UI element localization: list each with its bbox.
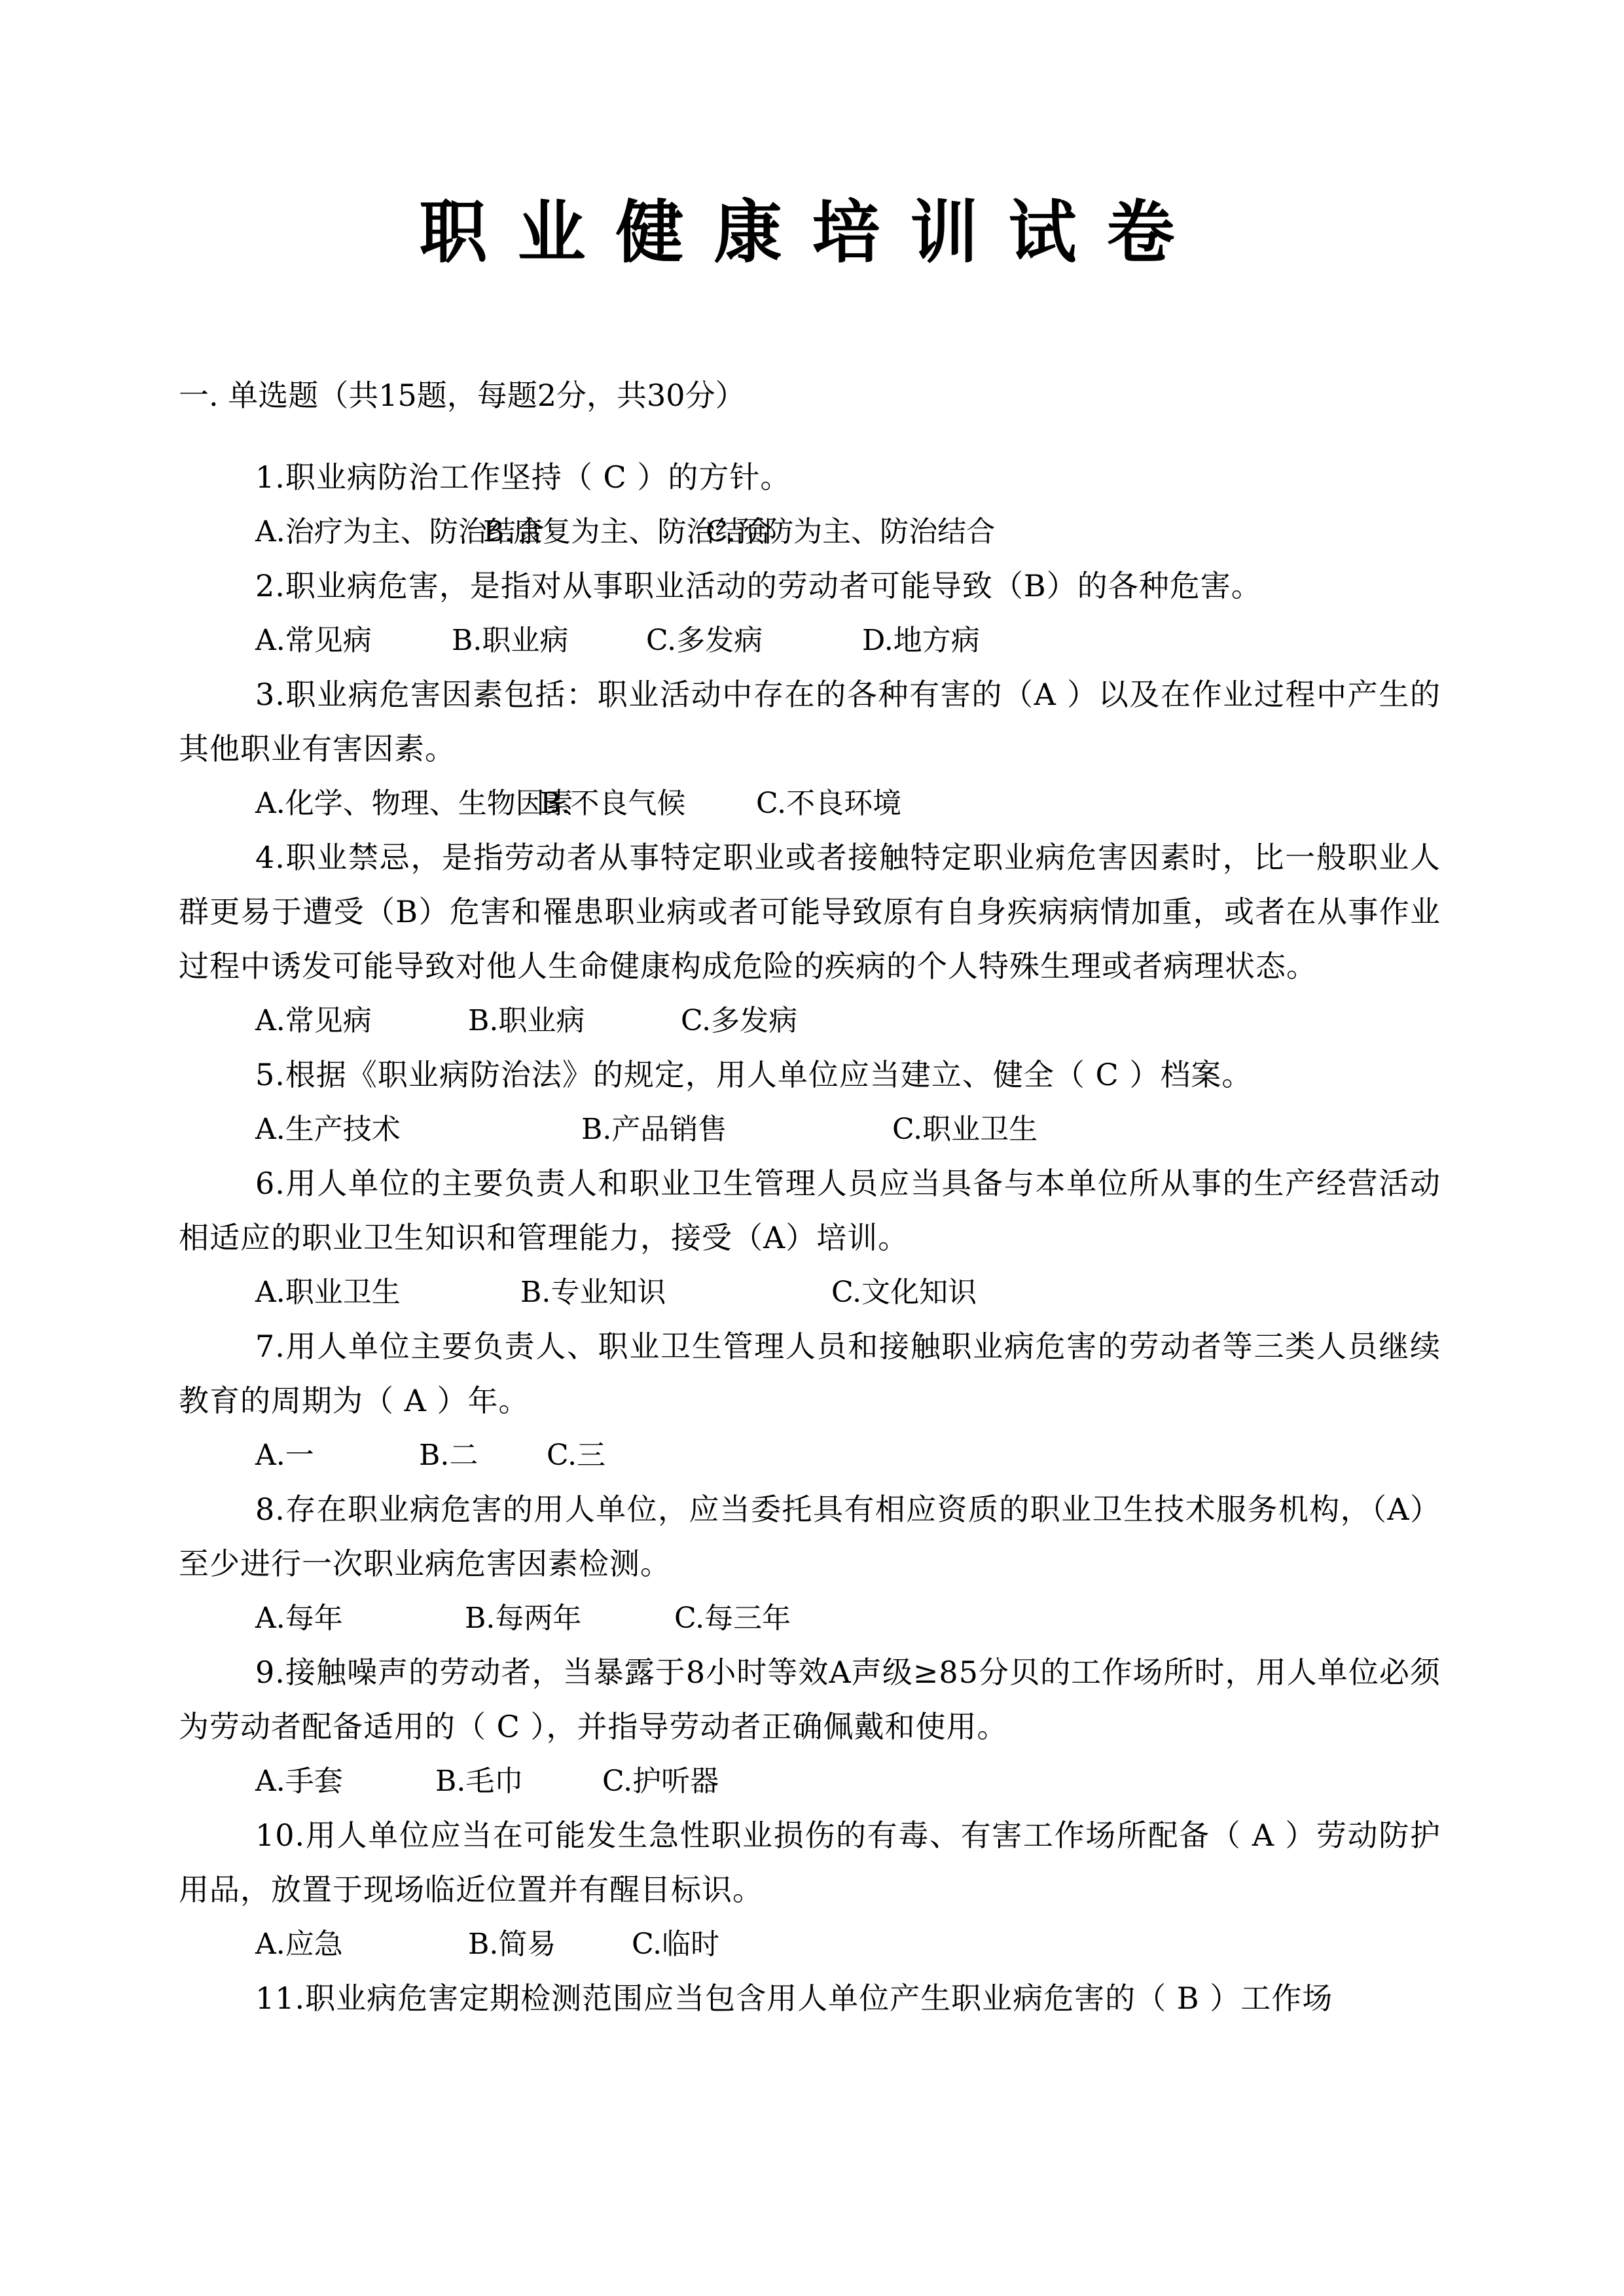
exam-title: 职业健康培训试卷 (0, 190, 1624, 275)
exam-content: 一. 单选题（共15题，每题2分，共30分） 1.职业病防治工作坚持（ C ）的… (179, 372, 1441, 2026)
option-b: B.康复为主、防治结合 (483, 505, 706, 559)
question-9: 9.接触噪声的劳动者，当暴露于8小时等效A声级≥85分贝的工作场所时，用人单位必… (179, 1645, 1441, 1808)
option-list: A.常见病B.职业病C.多发病D.地方病 (179, 613, 1441, 668)
option-c: C.三 (547, 1428, 645, 1482)
question-6: 6.用人单位的主要负责人和职业卫生管理人员应当具备与本单位所从事的生产经营活动相… (179, 1157, 1441, 1319)
option-list: A.每年B.每两年C.每三年 (179, 1591, 1441, 1645)
question-text: 3.职业病危害因素包括：职业活动中存在的各种有害的（A ）以及在作业过程中产生的… (179, 668, 1441, 776)
option-a: A.化学、物理、生物因素 (255, 776, 540, 831)
option-c: C.护听器 (602, 1754, 766, 1808)
question-5: 5.根据《职业病防治法》的规定，用人单位应当建立、健全（ C ）档案。A.生产技… (179, 1048, 1441, 1157)
option-list: A.应急B.简易C.临时 (179, 1917, 1441, 1971)
question-text: 11.职业病危害定期检测范围应当包含用人单位产生职业病危害的（ B ）工作场 (179, 1971, 1441, 2026)
question-text: 5.根据《职业病防治法》的规定，用人单位应当建立、健全（ C ）档案。 (179, 1048, 1441, 1102)
question-text: 9.接触噪声的劳动者，当暴露于8小时等效A声级≥85分贝的工作场所时，用人单位必… (179, 1645, 1441, 1754)
option-c: C.临时 (632, 1917, 795, 1971)
option-b: B.每两年 (465, 1591, 674, 1645)
option-b: B.产品销售 (581, 1102, 892, 1157)
option-a: A.常见病 (255, 994, 468, 1048)
question-text: 6.用人单位的主要负责人和职业卫生管理人员应当具备与本单位所从事的生产经营活动相… (179, 1157, 1441, 1265)
option-a: A.治疗为主、防治结合 (255, 505, 483, 559)
option-b: B.毛巾 (435, 1754, 602, 1808)
option-c: C.每三年 (674, 1591, 838, 1645)
option-b: B.职业病 (452, 613, 646, 668)
option-a: A.职业卫生 (255, 1265, 520, 1319)
option-b: B.专业知识 (520, 1265, 831, 1319)
option-c: C.预防为主、防治结合 (706, 505, 941, 559)
option-a: A.常见病 (255, 613, 452, 668)
question-3: 3.职业病危害因素包括：职业活动中存在的各种有害的（A ）以及在作业过程中产生的… (179, 668, 1441, 831)
option-a: A.手套 (255, 1754, 435, 1808)
question-4: 4.职业禁忌，是指劳动者从事特定职业或者接触特定职业病危害因素时，比一般职业人群… (179, 831, 1441, 1048)
option-list: A.一B.二C.三 (179, 1428, 1441, 1482)
section-heading: 一. 单选题（共15题，每题2分，共30分） (179, 372, 1441, 419)
question-11: 11.职业病危害定期检测范围应当包含用人单位产生职业病危害的（ B ）工作场 (179, 1971, 1441, 2026)
option-list: A.手套B.毛巾C.护听器 (179, 1754, 1441, 1808)
option-list: A.常见病B.职业病C.多发病 (179, 994, 1441, 1048)
option-c: C.多发病 (646, 613, 862, 668)
question-text: 1.职业病防治工作坚持（ C ）的方针。 (179, 450, 1441, 505)
question-1: 1.职业病防治工作坚持（ C ）的方针。A.治疗为主、防治结合B.康复为主、防治… (179, 450, 1441, 559)
question-2: 2.职业病危害，是指对从事职业活动的劳动者可能导致（B）的各种危害。A.常见病B… (179, 559, 1441, 668)
option-c: C.不良环境 (756, 776, 920, 831)
option-c: C.文化知识 (831, 1265, 995, 1319)
question-10: 10.用人单位应当在可能发生急性职业损伤的有毒、有害工作场所配备（ A ）劳动防… (179, 1808, 1441, 1971)
option-b: B.职业病 (468, 994, 681, 1048)
question-list: 1.职业病防治工作坚持（ C ）的方针。A.治疗为主、防治结合B.康复为主、防治… (179, 450, 1441, 2026)
option-a: A.应急 (255, 1917, 468, 1971)
option-d: D.地方病 (862, 613, 993, 668)
question-text: 4.职业禁忌，是指劳动者从事特定职业或者接触特定职业病危害因素时，比一般职业人群… (179, 831, 1441, 994)
option-list: A.职业卫生B.专业知识C.文化知识 (179, 1265, 1441, 1319)
question-text: 7.用人单位主要负责人、职业卫生管理人员和接触职业病危害的劳动者等三类人员继续教… (179, 1319, 1441, 1428)
option-c: C.多发病 (681, 994, 844, 1048)
question-text: 8.存在职业病危害的用人单位，应当委托具有相应资质的职业卫生技术服务机构，（A）… (179, 1482, 1441, 1591)
option-a: A.一 (255, 1428, 419, 1482)
option-b: B.二 (419, 1428, 547, 1482)
option-b: B.不良气候 (540, 776, 756, 831)
option-a: A.每年 (255, 1591, 465, 1645)
question-7: 7.用人单位主要负责人、职业卫生管理人员和接触职业病危害的劳动者等三类人员继续教… (179, 1319, 1441, 1482)
option-c: C.职业卫生 (892, 1102, 1056, 1157)
option-list: A.化学、物理、生物因素B.不良气候C.不良环境 (179, 776, 1441, 831)
question-text: 2.职业病危害，是指对从事职业活动的劳动者可能导致（B）的各种危害。 (179, 559, 1441, 613)
question-text: 10.用人单位应当在可能发生急性职业损伤的有毒、有害工作场所配备（ A ）劳动防… (179, 1808, 1441, 1917)
option-list: A.生产技术B.产品销售C.职业卫生 (179, 1102, 1441, 1157)
option-a: A.生产技术 (255, 1102, 581, 1157)
question-8: 8.存在职业病危害的用人单位，应当委托具有相应资质的职业卫生技术服务机构，（A）… (179, 1482, 1441, 1645)
exam-page: 职业健康培训试卷 一. 单选题（共15题，每题2分，共30分） 1.职业病防治工… (0, 0, 1624, 2296)
option-list: A.治疗为主、防治结合B.康复为主、防治结合C.预防为主、防治结合 (179, 505, 1441, 559)
option-b: B.简易 (468, 1917, 632, 1971)
